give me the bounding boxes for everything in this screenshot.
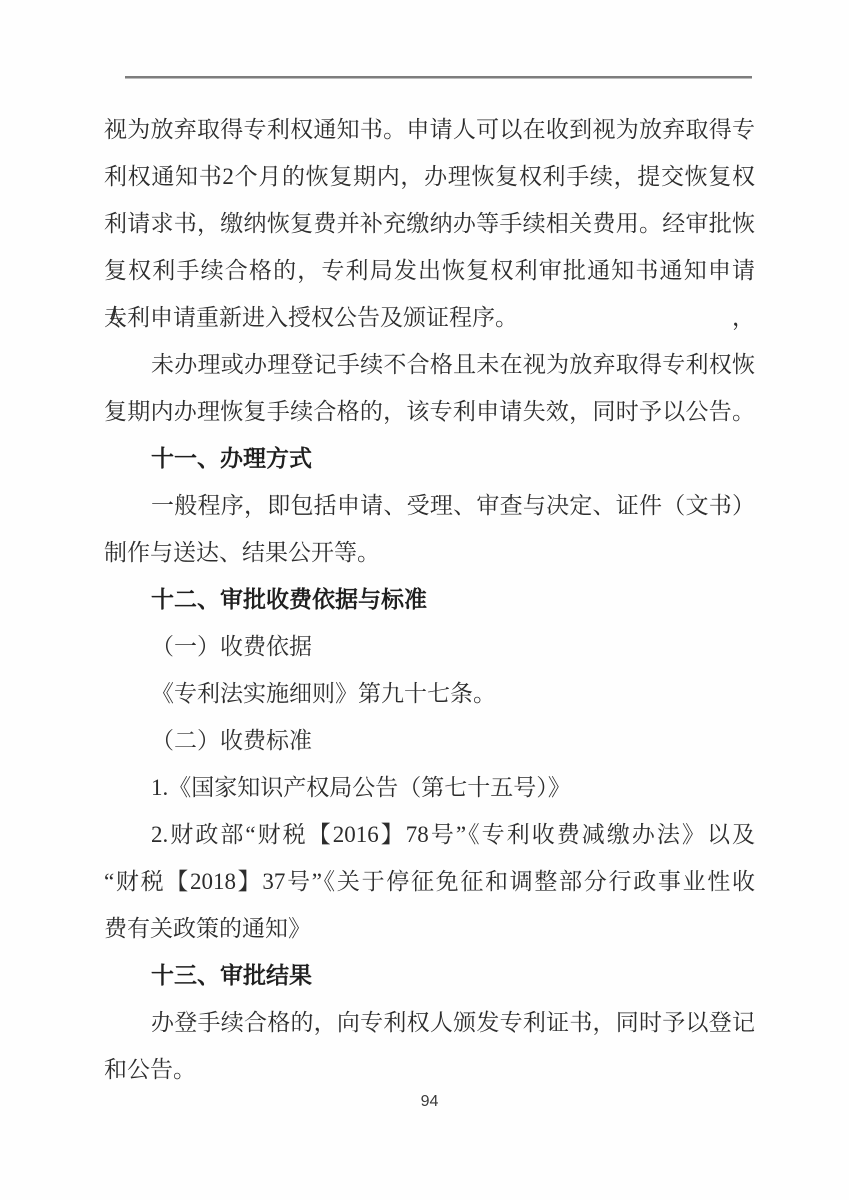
page-number: 94 bbox=[104, 1090, 755, 1114]
text-line: 视为放弃取得专利权通知书。申请人可以在收到视为放弃取得专 bbox=[104, 106, 755, 153]
text-line: 和公告。 bbox=[104, 1046, 755, 1093]
header-divider-line bbox=[125, 76, 752, 79]
text-line: 办登手续合格的，向专利权人颁发专利证书，同时予以登记 bbox=[104, 999, 755, 1046]
text-line: 制作与送达、结果公开等。 bbox=[104, 529, 755, 576]
text-line: 1.《国家知识产权局公告（第七十五号）》 bbox=[104, 764, 755, 811]
text-line: 费有关政策的通知》 bbox=[104, 905, 755, 952]
text-line: 2.财政部“财税【2016】78号”《专利收费减缴办法》以及 bbox=[104, 811, 755, 858]
text-line: 未办理或办理登记手续不合格且未在视为放弃取得专利权恢 bbox=[104, 341, 755, 388]
text-line: 复期内办理恢复手续合格的，该专利申请失效，同时予以公告。 bbox=[104, 388, 755, 435]
text-line: （二）收费标准 bbox=[104, 717, 755, 764]
text-line: “财税【2018】37号”《关于停征免征和调整部分行政事业性收 bbox=[104, 858, 755, 905]
text-line: 利请求书，缴纳恢复费并补充缴纳办等手续相关费用。经审批恢 bbox=[104, 200, 755, 247]
section-heading: 十二、审批收费依据与标准 bbox=[104, 576, 755, 623]
document-text-body: 视为放弃取得专利权通知书。申请人可以在收到视为放弃取得专利权通知书2个月的恢复期… bbox=[104, 106, 755, 1093]
section-heading: 十三、审批结果 bbox=[104, 952, 755, 999]
text-line: 《专利法实施细则》第九十七条。 bbox=[104, 670, 755, 717]
text-line: （一）收费依据 bbox=[104, 623, 755, 670]
document-page: 视为放弃取得专利权通知书。申请人可以在收到视为放弃取得专利权通知书2个月的恢复期… bbox=[0, 0, 849, 1200]
section-heading: 十一、办理方式 bbox=[104, 435, 755, 482]
text-line: 一般程序，即包括申请、受理、审查与决定、证件（文书） bbox=[104, 482, 755, 529]
text-line: 利权通知书2个月的恢复期内，办理恢复权利手续，提交恢复权 bbox=[104, 153, 755, 200]
text-line: 复权利手续合格的，专利局发出恢复权利审批通知书通知申请人， bbox=[104, 247, 755, 294]
